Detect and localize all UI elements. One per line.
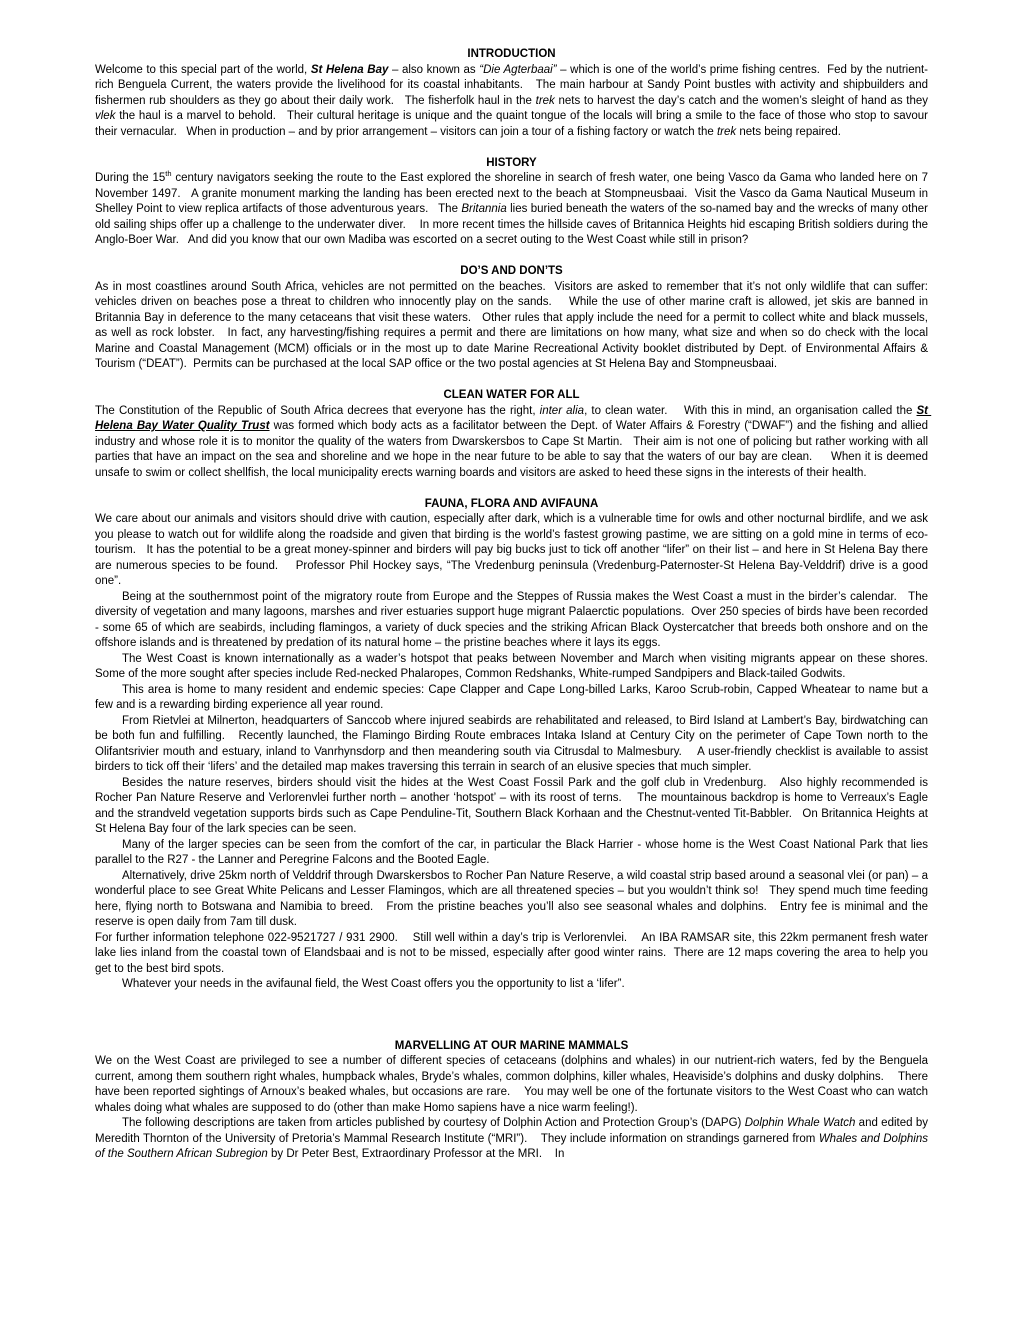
paragraph: The Constitution of the Republic of Sout…: [95, 404, 928, 482]
text-run: by Dr Peter Best, Extraordinary Professo…: [268, 1148, 565, 1160]
text-run-i: trek: [717, 126, 736, 138]
text-run: The West Coast is known internationally …: [95, 653, 938, 681]
text-run: – also known as: [388, 64, 479, 76]
document-page: INTRODUCTIONWelcome to this special part…: [0, 0, 1020, 1320]
section-heading: FAUNA, FLORA AND AVIFAUNA: [95, 497, 928, 513]
text-run: For further information telephone 022-95…: [95, 932, 931, 975]
section-heading: DO’S AND DON’TS: [95, 264, 928, 280]
text-run: We on the West Coast are privileged to s…: [95, 1055, 931, 1114]
text-run: Many of the larger species can be seen f…: [95, 839, 931, 867]
paragraph: From Rietvlei at Milnerton, headquarters…: [95, 714, 928, 776]
text-run: The Constitution of the Republic of Sout…: [95, 405, 540, 417]
text-run-i: Dolphin Whale Watch: [745, 1117, 856, 1129]
text-run-i: “Die Agterbaai”: [479, 64, 556, 76]
paragraph: Alternatively, drive 25km north of Veldd…: [95, 869, 928, 931]
paragraph: Welcome to this special part of the worl…: [95, 63, 928, 141]
section-fauna-flora-avifauna: FAUNA, FLORA AND AVIFAUNAWe care about o…: [95, 497, 928, 993]
section-heading: CLEAN WATER FOR ALL: [95, 388, 928, 404]
text-run-i: trek: [536, 95, 555, 107]
paragraph: As in most coastlines around South Afric…: [95, 280, 928, 373]
section-heading: MARVELLING AT OUR MARINE MAMMALS: [95, 1039, 928, 1055]
paragraph: For further information telephone 022-95…: [95, 931, 928, 978]
text-run: The following descriptions are taken fro…: [122, 1117, 745, 1129]
text-run: During the 15: [95, 172, 165, 184]
text-run: Welcome to this special part of the worl…: [95, 64, 311, 76]
section-dos-and-donts: DO’S AND DON’TSAs in most coastlines aro…: [95, 264, 928, 373]
paragraph: The West Coast is known internationally …: [95, 652, 928, 683]
text-run-bi: St Helena Bay: [311, 64, 389, 76]
paragraph: During the 15th century navigators seeki…: [95, 171, 928, 249]
text-run: Being at the southernmost point of the m…: [95, 591, 931, 650]
document-body: INTRODUCTIONWelcome to this special part…: [95, 47, 928, 1163]
section-introduction: INTRODUCTIONWelcome to this special part…: [95, 47, 928, 140]
text-run: nets being repaired.: [736, 126, 841, 138]
section-marvelling-marine-mammals: MARVELLING AT OUR MARINE MAMMALSWe on th…: [95, 1039, 928, 1163]
text-run: From Rietvlei at Milnerton, headquarters…: [95, 715, 931, 774]
text-run: Whatever your needs in the avifaunal fie…: [122, 978, 625, 990]
text-run-i: Britannia: [461, 203, 506, 215]
paragraph: Being at the southernmost point of the m…: [95, 590, 928, 652]
paragraph: Many of the larger species can be seen f…: [95, 838, 928, 869]
text-run-i: inter alia: [540, 405, 584, 417]
paragraph: The following descriptions are taken fro…: [95, 1116, 928, 1163]
paragraph: Besides the nature reserves, birders sho…: [95, 776, 928, 838]
text-run: nets to harvest the day’s catch and the …: [555, 95, 931, 107]
paragraph: This area is home to many resident and e…: [95, 683, 928, 714]
text-run: Besides the nature reserves, birders sho…: [95, 777, 931, 836]
paragraph: We on the West Coast are privileged to s…: [95, 1054, 928, 1116]
text-run-i: vlek: [95, 110, 115, 122]
section-clean-water-for-all: CLEAN WATER FOR ALLThe Constitution of t…: [95, 388, 928, 481]
text-run: As in most coastlines around South Afric…: [95, 281, 931, 371]
text-run: We care about our animals and visitors s…: [95, 513, 931, 587]
text-run: This area is home to many resident and e…: [95, 684, 931, 712]
section-heading: INTRODUCTION: [95, 47, 928, 63]
paragraph: Whatever your needs in the avifaunal fie…: [95, 977, 928, 993]
section-history: HISTORYDuring the 15th century navigator…: [95, 156, 928, 249]
paragraph: We care about our animals and visitors s…: [95, 512, 928, 590]
text-run: , to clean water. With this in mind, an …: [584, 405, 916, 417]
section-heading: HISTORY: [95, 156, 928, 172]
text-run: Alternatively, drive 25km north of Veldd…: [95, 870, 931, 929]
